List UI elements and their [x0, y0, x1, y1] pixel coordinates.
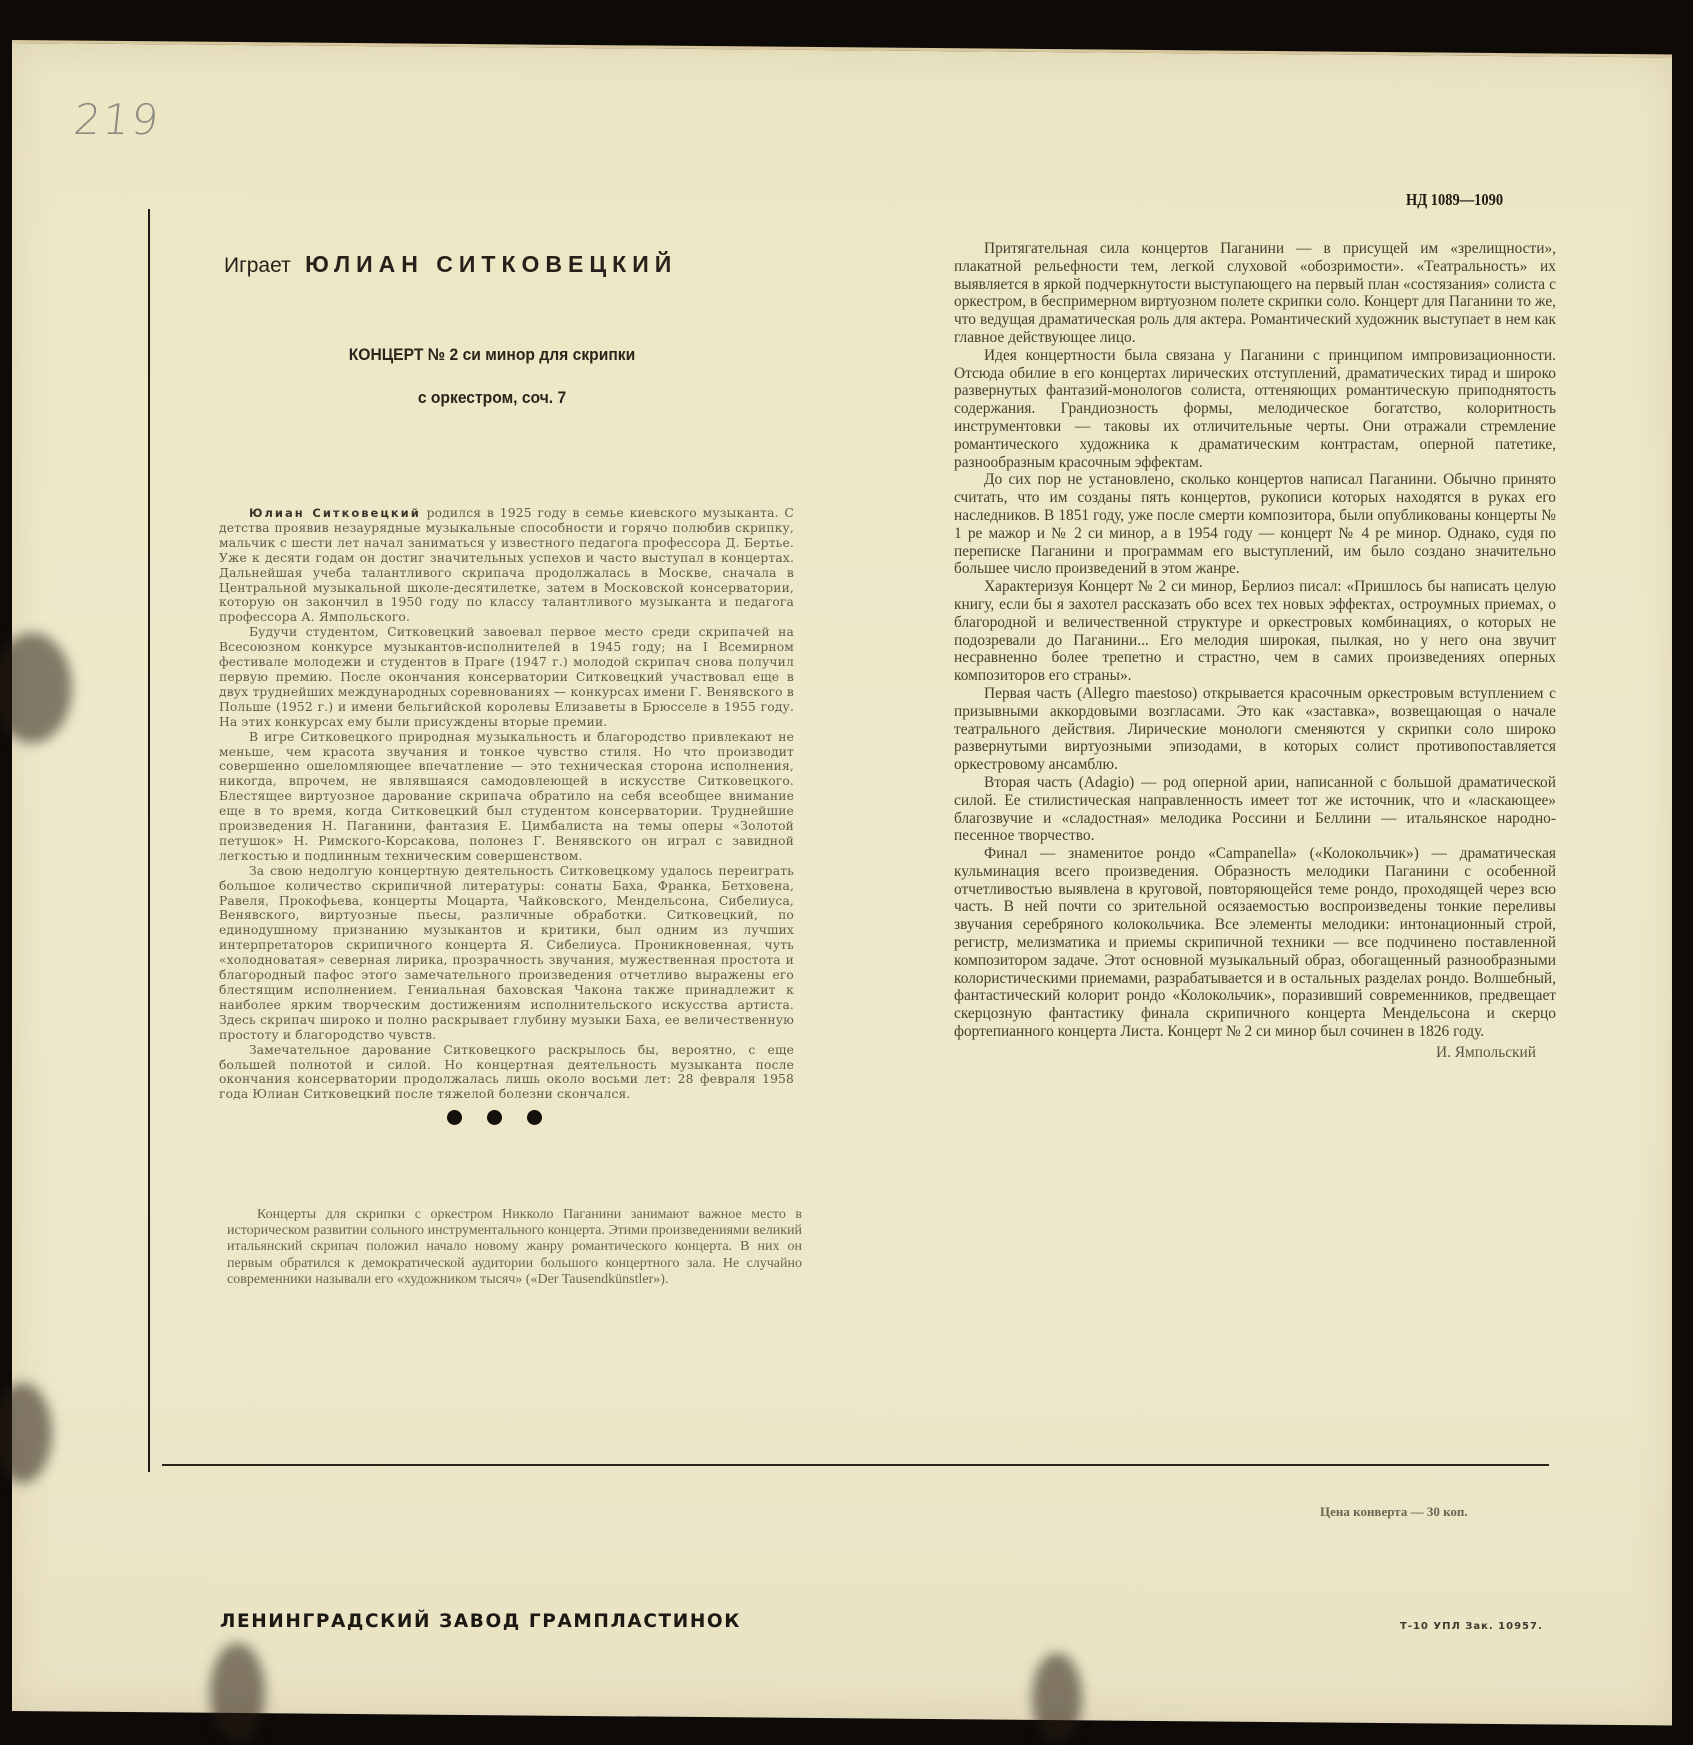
- notes-paragraph: Характеризуя Концерт № 2 си минор, Берли…: [954, 578, 1556, 685]
- biography-lead-name: Юлиан Ситковецкий: [249, 506, 421, 520]
- manufacturer-name: ЛЕНИНГРАДСКИЙ ЗАВОД ГРАМПЛАСТИНОК: [220, 1611, 741, 1632]
- notes-paragraph: Вторая часть (Adagio) — род оперной арии…: [954, 774, 1556, 845]
- clip-shadow: [1032, 1653, 1082, 1743]
- handwritten-note: 219: [71, 95, 162, 144]
- print-order-code: Т-10 УПЛ Зак. 10957.: [1400, 1621, 1543, 1632]
- work-title-line1: КОНЦЕРТ № 2 си минор для скрипки: [234, 345, 749, 365]
- clip-shadow: [210, 1643, 265, 1743]
- frame-left-rule: [148, 209, 150, 1472]
- notes-paragraph: Притягательная сила концертов Паганини —…: [954, 240, 1556, 347]
- section-separator-dots: [447, 1110, 542, 1125]
- notes-paragraph: Финал — знаменитое рондо «Campanella» («…: [954, 845, 1556, 1041]
- dot-icon: [447, 1110, 462, 1125]
- dot-icon: [487, 1110, 502, 1125]
- catalog-number: НД 1089—1090: [1406, 190, 1503, 210]
- biography-paragraph: Будучи студентом, Ситковецкий завоевал п…: [219, 625, 794, 729]
- sleeve-price: Цена конверта — 30 коп.: [1320, 1504, 1468, 1520]
- notes-author: И. Ямпольский: [954, 1044, 1556, 1062]
- notes-paragraph: Первая часть (Allegro maestoso) открывае…: [954, 685, 1556, 774]
- biography-paragraph: Юлиан Ситковецкий родился в 1925 году в …: [219, 506, 794, 625]
- dot-icon: [527, 1110, 542, 1125]
- frame-bottom-rule: [162, 1464, 1549, 1466]
- performer-name: ЮЛИАН СИТКОВЕЦКИЙ: [305, 251, 677, 277]
- clip-shadow: [0, 1383, 52, 1483]
- record-sleeve-back: 219 НД 1089—1090 Играет ЮЛИАН СИТКОВЕЦКИ…: [12, 40, 1672, 1725]
- work-title-line2: с оркестром, соч. 7: [234, 388, 749, 408]
- biography-paragraph: В игре Ситковецкого природная музыкально…: [219, 730, 794, 864]
- intro-paragraph: Концерты для скрипки с оркестром Никколо…: [227, 1207, 802, 1288]
- performer-heading: Играет ЮЛИАН СИТКОВЕЦКИЙ: [224, 251, 677, 278]
- biography-paragraph: Замечательное дарование Ситковецкого рас…: [219, 1043, 794, 1103]
- biography-paragraph: За свою недолгую концертную деятельность…: [219, 864, 794, 1043]
- biography-column: Юлиан Ситковецкий родился в 1925 году в …: [219, 506, 794, 1102]
- performer-prefix: Играет: [224, 254, 291, 277]
- notes-paragraph: Идея концертности была связана у Паганин…: [954, 347, 1556, 472]
- clip-shadow: [0, 633, 72, 743]
- liner-notes-column: Притягательная сила концертов Паганини —…: [954, 240, 1556, 1062]
- paganini-intro: Концерты для скрипки с оркестром Никколо…: [227, 1207, 802, 1288]
- notes-paragraph: До сих пор не установлено, сколько конце…: [954, 471, 1556, 578]
